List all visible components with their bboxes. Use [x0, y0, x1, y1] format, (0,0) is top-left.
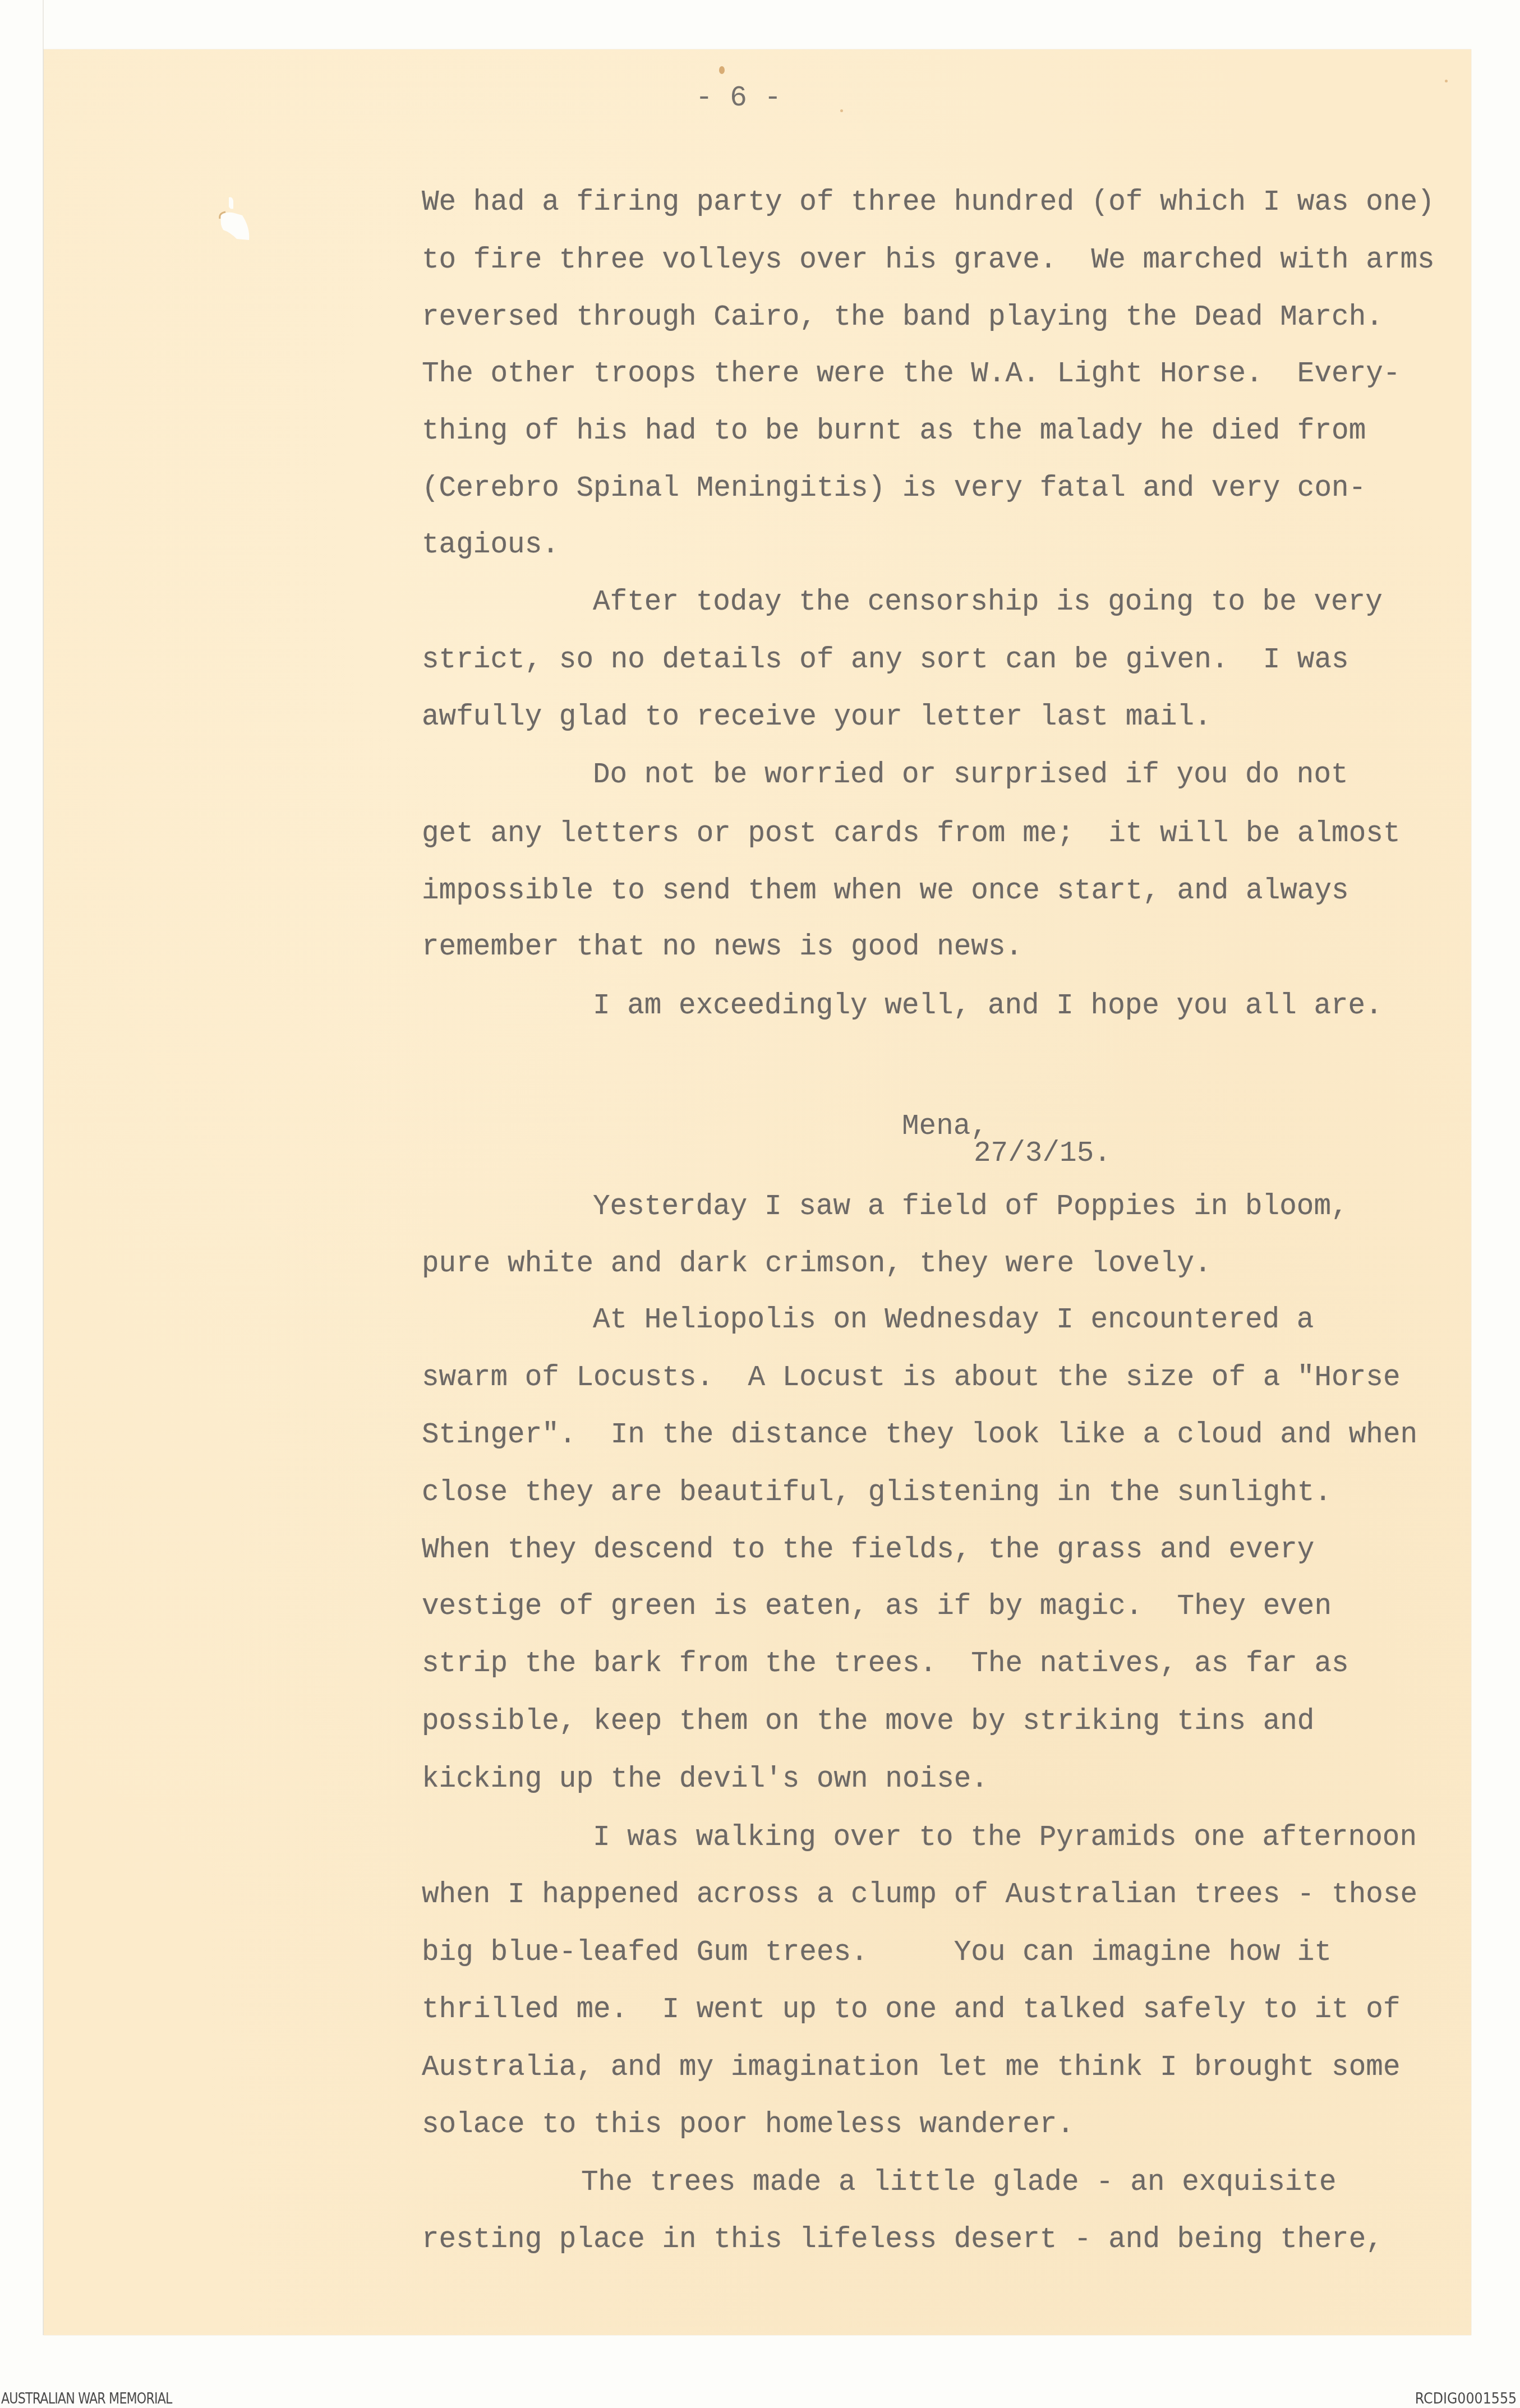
- text-line: awfully glad to receive your letter last…: [422, 701, 1212, 735]
- text-line: thrilled me. I went up to one and talked…: [422, 1994, 1400, 2027]
- catalogue-id: RCDIG0001555: [1415, 2390, 1517, 2407]
- text-line: The trees made a little glade - an exqui…: [581, 2166, 1337, 2200]
- text-line: After today the censorship is going to b…: [593, 586, 1383, 620]
- text-line: tagious.: [422, 529, 559, 562]
- institution-label: AUSTRALIAN WAR MEMORIAL: [1, 2390, 172, 2407]
- text-line: pure white and dark crimson, they were l…: [422, 1248, 1212, 1281]
- text-line: I am exceedingly well, and I hope you al…: [593, 990, 1383, 1023]
- paper-stain: [1445, 80, 1448, 82]
- text-line: I was walking over to the Pyramids one a…: [593, 1821, 1417, 1855]
- text-line: possible, keep them on the move by strik…: [422, 1705, 1314, 1739]
- text-line: At Heliopolis on Wednesday I encountered…: [593, 1304, 1314, 1337]
- text-line: reversed through Cairo, the band playing…: [422, 301, 1383, 335]
- text-line: vestige of green is eaten, as if by magi…: [422, 1590, 1332, 1624]
- text-line: close they are beautiful, glistening in …: [422, 1477, 1332, 1510]
- text-line: strip the bark from the trees. The nativ…: [422, 1648, 1349, 1681]
- text-line: When they descend to the fields, the gra…: [422, 1534, 1314, 1567]
- page-number: - 6 -: [695, 82, 781, 116]
- text-line: Australia, and my imagination let me thi…: [422, 2051, 1400, 2085]
- paper-stain: [840, 109, 843, 112]
- text-line: when I happened across a clump of Austra…: [422, 1879, 1417, 1912]
- text-line: swarm of Locusts. A Locust is about the …: [422, 1362, 1400, 1395]
- text-line: strict, so no details of any sort can be…: [422, 644, 1349, 677]
- text-line: The other troops there were the W.A. Lig…: [422, 358, 1400, 391]
- paper-stain: [719, 66, 725, 74]
- text-line: get any letters or post cards from me; i…: [422, 818, 1400, 851]
- text-line: Yesterday I saw a field of Poppies in bl…: [593, 1191, 1348, 1224]
- text-line: to fire three volleys over his grave. We…: [422, 244, 1435, 278]
- text-line: (Cerebro Spinal Meningitis) is very fata…: [422, 472, 1366, 506]
- text-line: Stinger". In the distance they look like…: [422, 1419, 1417, 1452]
- text-line: kicking up the devil's own noise.: [422, 1763, 988, 1797]
- text-line: remember that no news is good news.: [422, 931, 1022, 965]
- text-line: solace to this poor homeless wanderer.: [422, 2109, 1074, 2142]
- text-line: thing of his had to be burnt as the mala…: [422, 415, 1366, 449]
- letter-date: 27/3/15.: [974, 1137, 1111, 1171]
- text-line: resting place in this lifeless desert - …: [422, 2224, 1383, 2257]
- text-line: impossible to send them when we once sta…: [422, 875, 1349, 908]
- text-line: Do not be worried or surprised if you do…: [593, 759, 1348, 792]
- paper-tear-hole: [218, 196, 257, 241]
- text-line: big blue-leafed Gum trees. You can imagi…: [422, 1936, 1332, 1970]
- text-line: We had a firing party of three hundred (…: [422, 186, 1435, 220]
